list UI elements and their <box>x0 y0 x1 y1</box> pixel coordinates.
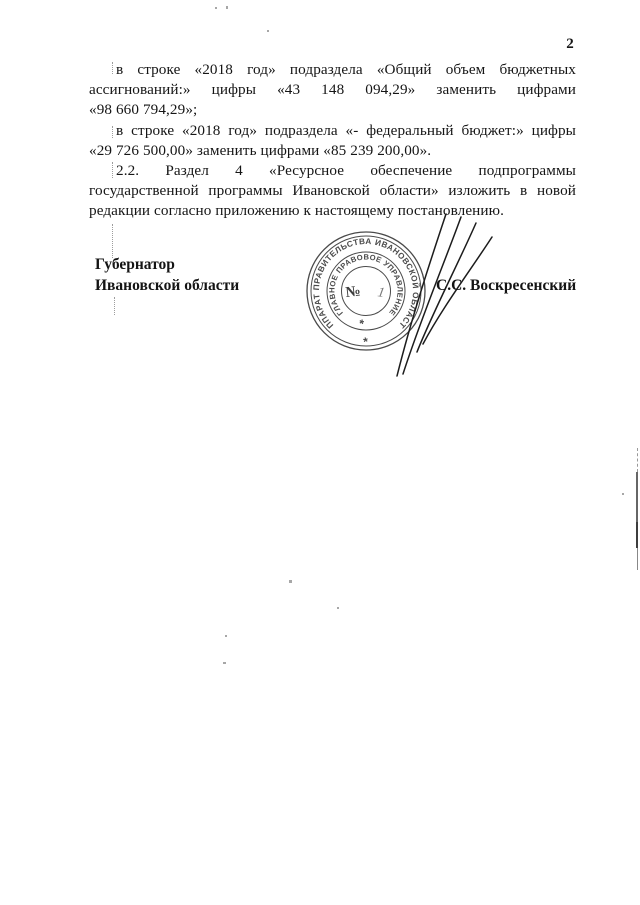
signatory-name: С.С. Воскресенский <box>436 276 576 296</box>
scan-artifact <box>636 522 638 548</box>
body-line: «29 726 500,00» заменить цифрами «85 239… <box>89 141 576 161</box>
stamp-inner-ring-text: ГЛАВНОЕ ПРАВОВОЕ УПРАВЛЕНИЕ <box>327 253 404 318</box>
body-line: в строке «2018 год» подраздела «Общий об… <box>89 60 576 80</box>
document-body: в строке «2018 год» подраздела «Общий об… <box>89 60 576 222</box>
scan-artifact <box>225 635 227 637</box>
scan-artifact <box>636 472 638 522</box>
scan-artifact <box>267 30 269 32</box>
stamp-seal-rings <box>307 232 425 350</box>
signatory-position: Губернатор Ивановской области <box>95 254 239 296</box>
body-line: государственной программы Ивановской обл… <box>89 181 576 201</box>
scan-artifact <box>637 448 638 472</box>
body-line: 2.2. Раздел 4 «Ресурсное обеспечение под… <box>89 161 576 181</box>
scan-artifact <box>112 224 113 258</box>
body-line: редакции согласно приложению к настоящем… <box>89 201 576 221</box>
signatory-position-line: Ивановской области <box>95 275 239 296</box>
scan-artifact <box>622 493 624 495</box>
scan-artifact <box>226 6 228 9</box>
scan-artifact <box>289 580 292 583</box>
stamp-star-icon: * <box>362 334 369 349</box>
signatory-position-line: Губернатор <box>95 254 239 275</box>
stamp-number-label: № <box>345 283 362 300</box>
scan-artifact <box>114 297 115 315</box>
scan-artifact <box>215 7 217 9</box>
scan-artifact <box>112 126 113 138</box>
svg-text:ГЛАВНОЕ ПРАВОВОЕ УПРАВЛЕНИЕ: ГЛАВНОЕ ПРАВОВОЕ УПРАВЛЕНИЕ <box>327 253 404 318</box>
body-line: в строке «2018 год» подраздела «- федера… <box>89 121 576 141</box>
page-number: 2 <box>558 36 582 53</box>
scan-artifact <box>337 607 339 609</box>
official-stamp: АППАРАТ ПРАВИТЕЛЬСТВА ИВАНОВСКОЙ ОБЛАСТИ… <box>280 196 510 396</box>
scan-artifact <box>112 162 113 178</box>
body-line: «98 660 794,29»; <box>89 100 576 120</box>
stamp-number-value: 1 <box>376 285 385 301</box>
scan-artifact <box>112 62 113 74</box>
scan-artifact <box>637 548 638 570</box>
stamp-star-icon: * <box>357 316 365 331</box>
body-line: ассигнований:» цифры «43 148 094,29» зам… <box>89 80 576 100</box>
scan-artifact <box>223 662 226 664</box>
